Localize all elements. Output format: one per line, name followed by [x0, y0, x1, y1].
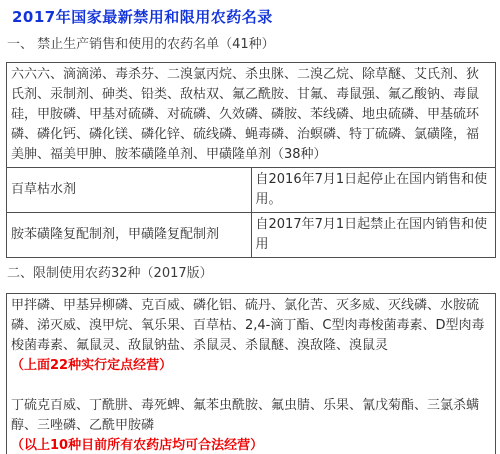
note-designated-sales: （上面22种实行定点经营） — [11, 356, 491, 376]
table-row: 六六六、滴滴涕、毒杀芬、二溴氯丙烷、杀虫脒、二溴乙烷、除草醚、艾氏剂、狄氏剂、汞… — [7, 63, 496, 168]
document-page: 2017年国家最新禁用和限用农药名录 一、 禁止生产销售和使用的农药名单（41种… — [0, 0, 500, 454]
spacer — [11, 376, 491, 396]
page-title: 2017年国家最新禁用和限用农药名录 — [12, 6, 273, 27]
table-row: 百草枯水剂 自2016年7月1日起停止在国内销售和使用。 — [7, 168, 496, 213]
restricted-list-22: 甲拌磷、甲基异柳磷、克百威、磷化铝、硫丹、氯化苦、灭多威、灭线磷、水胺硫磷、涕灭… — [11, 296, 491, 356]
section-2-heading: 二、限制使用农药32种（2017版） — [7, 262, 213, 281]
section-1-heading: 一、 禁止生产销售和使用的农药名单（41种） — [7, 33, 275, 52]
pesticide-rule-cell: 自2016年7月1日起停止在国内销售和使用。 — [251, 168, 496, 213]
pesticide-name-cell: 胺苯磺隆复配制剂，甲磺隆复配制剂 — [7, 213, 252, 258]
pesticide-rule-cell: 自2017年7月1日起禁止在国内销售和使用 — [251, 213, 496, 258]
restricted-list-10: 丁硫克百威、丁酰肼、毒死蜱、氟苯虫酰胺、氟虫腈、乐果、氰戊菊酯、三氯杀螨醇、三唑… — [11, 396, 491, 436]
restricted-pesticides-table: 甲拌磷、甲基异柳磷、克百威、磷化铝、硫丹、氯化苦、灭多威、灭线磷、水胺硫磷、涕灭… — [6, 293, 496, 454]
banned-list-cell: 六六六、滴滴涕、毒杀芬、二溴氯丙烷、杀虫脒、二溴乙烷、除草醚、艾氏剂、狄氏剂、汞… — [7, 63, 496, 168]
pesticide-name-cell: 百草枯水剂 — [7, 168, 252, 213]
table-row: 甲拌磷、甲基异柳磷、克百威、磷化铝、硫丹、氯化苦、灭多威、灭线磷、水胺硫磷、涕灭… — [7, 294, 496, 454]
note-legal-sales: （以上10种目前所有农药店均可合法经营） — [11, 436, 491, 454]
banned-pesticides-table: 六六六、滴滴涕、毒杀芬、二溴氯丙烷、杀虫脒、二溴乙烷、除草醚、艾氏剂、狄氏剂、汞… — [6, 62, 496, 258]
table-row: 胺苯磺隆复配制剂，甲磺隆复配制剂 自2017年7月1日起禁止在国内销售和使用 — [7, 213, 496, 258]
restricted-list-cell: 甲拌磷、甲基异柳磷、克百威、磷化铝、硫丹、氯化苦、灭多威、灭线磷、水胺硫磷、涕灭… — [7, 294, 496, 454]
